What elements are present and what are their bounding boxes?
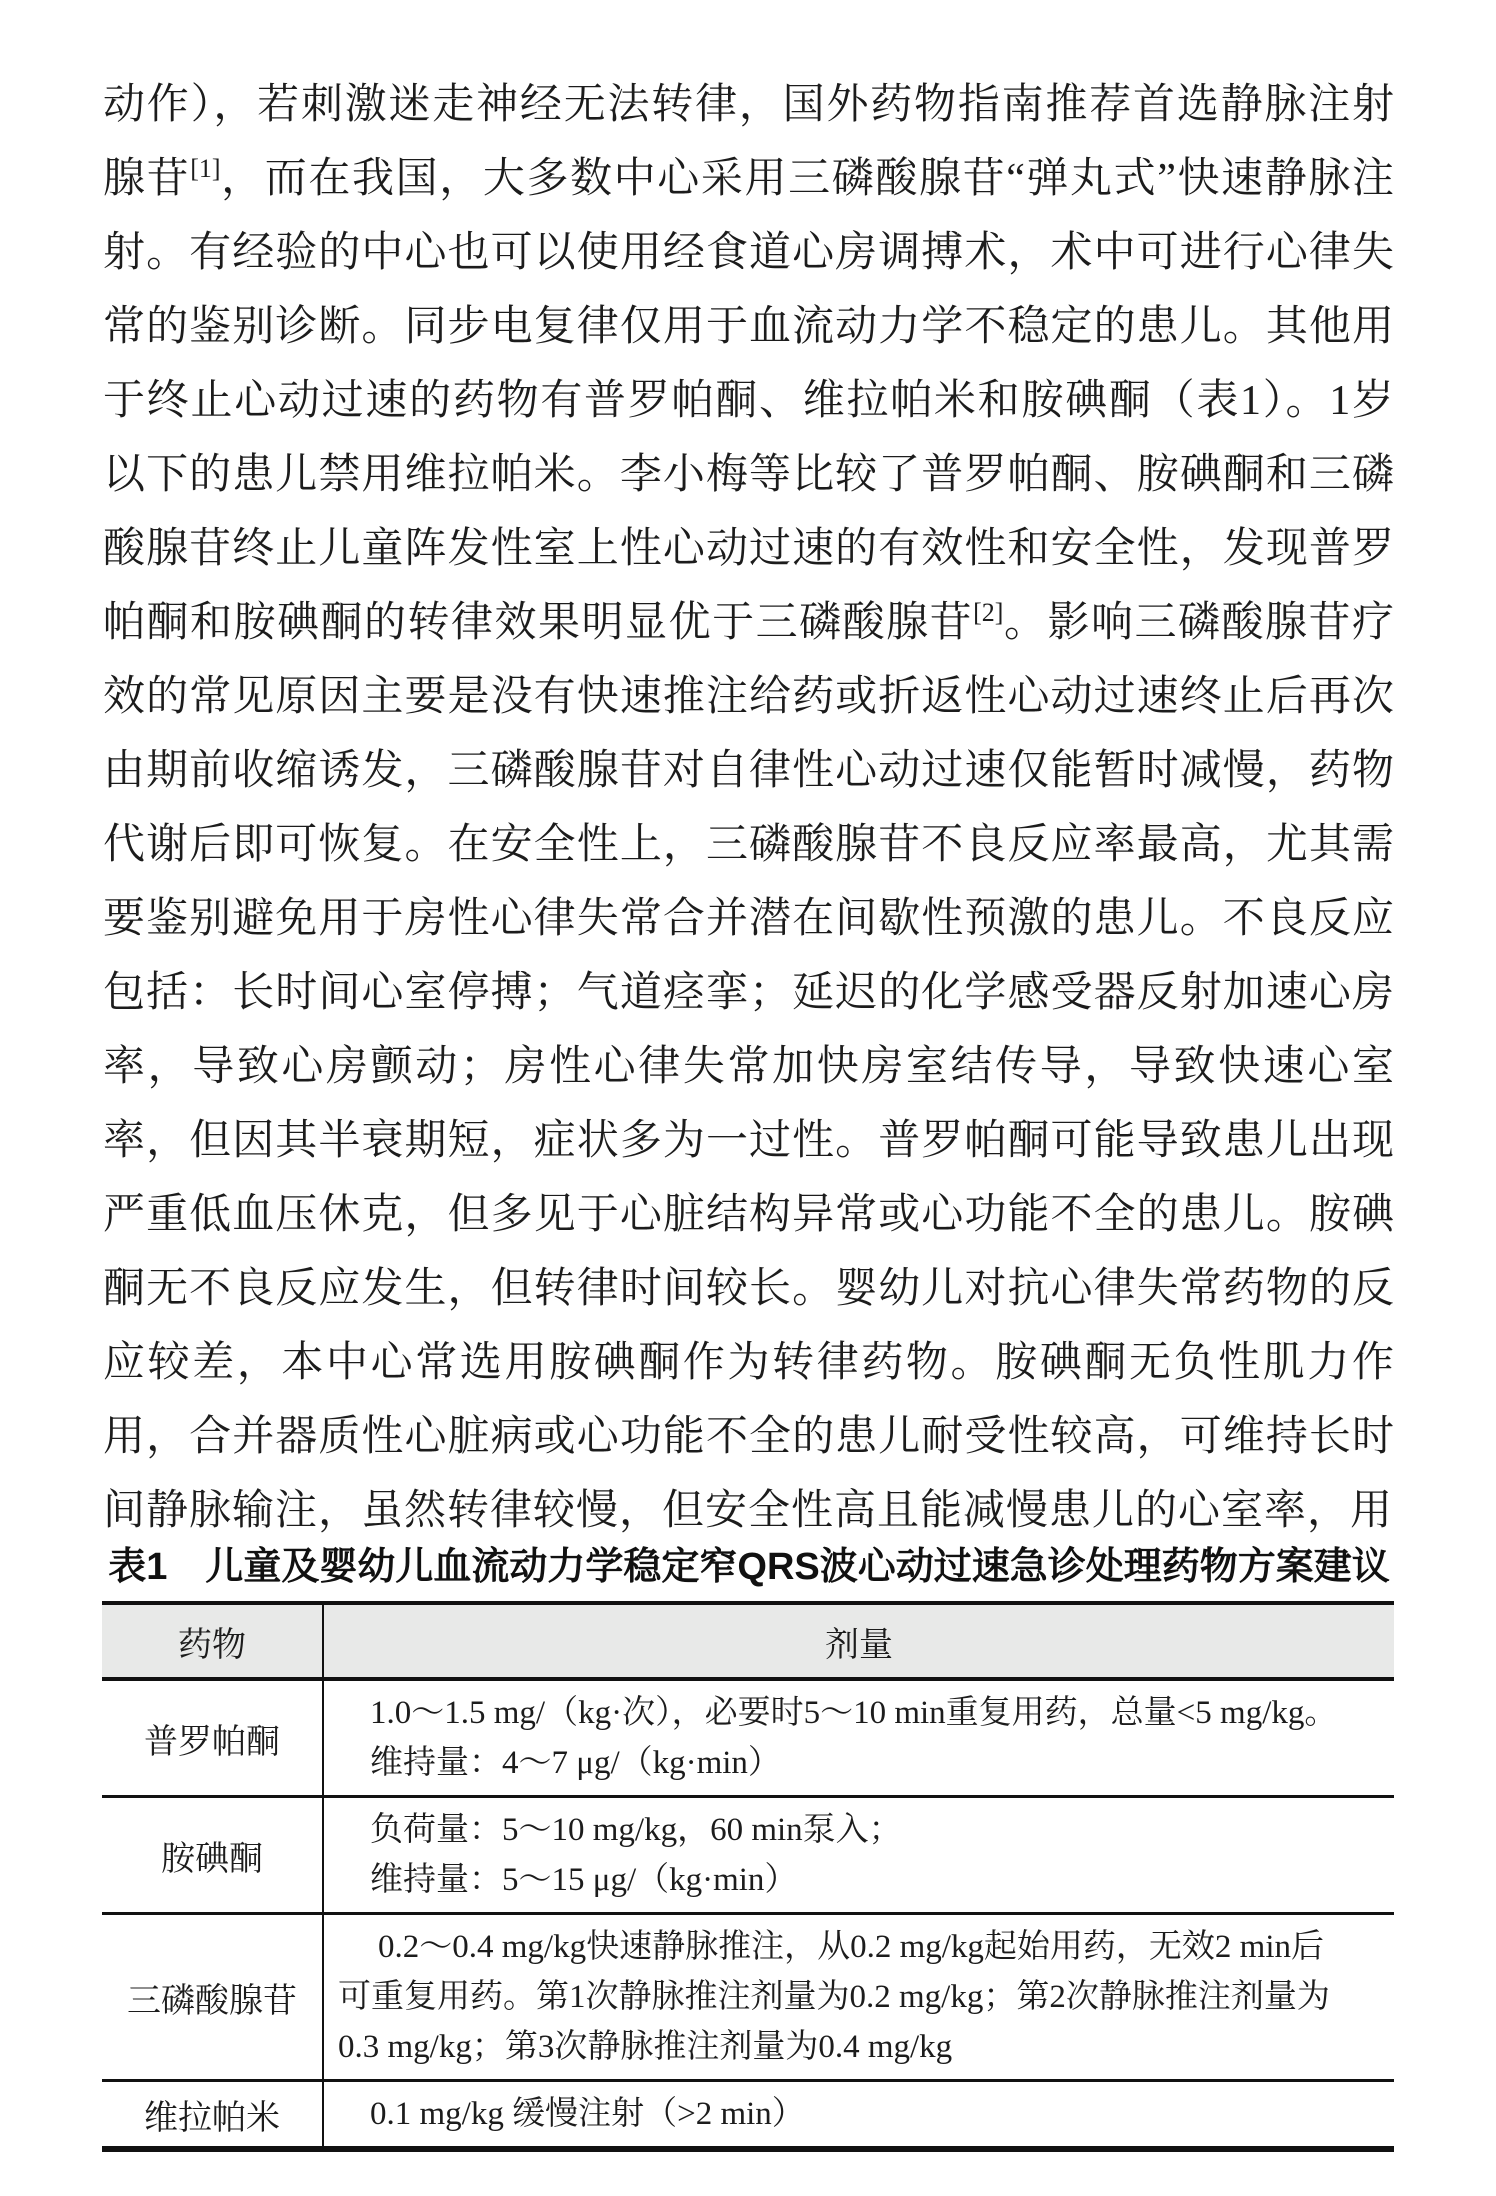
table-row-atp: 三磷酸腺苷 0.2～0.4 mg/kg快速静脉推注，从0.2 mg/kg起始用药… <box>102 1914 1394 2081</box>
dose-cell: 1.0～1.5 mg/（kg·次），必要时5～10 min重复用药，总量<5 m… <box>323 1679 1394 1797</box>
reference-marker-1: [1] <box>190 154 220 183</box>
table-header-row: 药物 剂量 <box>102 1603 1394 1679</box>
paragraph-text-2: ，而在我国，大多数中心采用三磷酸腺苷“弹丸式”快速静脉注射。有经验的中心也可以使… <box>103 156 1395 646</box>
table-header-drug: 药物 <box>102 1603 323 1679</box>
document-page: 动作），若刺激迷走神经无法转律，国外药物指南推荐首选静脉注射腺苷[1]，而在我国… <box>0 0 1496 2196</box>
table-row-propafenone: 普罗帕酮 1.0～1.5 mg/（kg·次），必要时5～10 min重复用药，总… <box>102 1679 1394 1797</box>
dose-cell: 0.2～0.4 mg/kg快速静脉推注，从0.2 mg/kg起始用药，无效2 m… <box>323 1914 1394 2081</box>
table-row-verapamil: 维拉帕米 0.1 mg/kg 缓慢注射（>2 min） <box>102 2081 1394 2150</box>
drug-name-cell: 胺碘酮 <box>102 1797 323 1914</box>
drug-name-cell: 三磷酸腺苷 <box>102 1914 323 2081</box>
drug-name-cell: 普罗帕酮 <box>102 1679 323 1797</box>
body-paragraph: 动作），若刺激迷走神经无法转律，国外药物指南推荐首选静脉注射腺苷[1]，而在我国… <box>103 68 1395 1548</box>
dose-cell: 0.1 mg/kg 缓慢注射（>2 min） <box>323 2081 1394 2150</box>
table-caption: 表1 儿童及婴幼儿血流动力学稳定窄QRS波心动过速急诊处理药物方案建议 <box>103 1543 1395 1591</box>
drug-name-cell: 维拉帕米 <box>102 2081 323 2150</box>
reference-marker-2: [2] <box>973 598 1003 627</box>
dose-cell: 负荷量：5～10 mg/kg，60 min泵入； 维持量：5～15 μg/（kg… <box>323 1797 1394 1914</box>
paragraph-text-3: 。影响三磷酸腺苷疗效的常见原因主要是没有快速推注给药或折返性心动过速终止后再次由… <box>103 600 1395 1534</box>
table-row-amiodarone: 胺碘酮 负荷量：5～10 mg/kg，60 min泵入； 维持量：5～15 μg… <box>102 1797 1394 1914</box>
drug-dosage-table: 药物 剂量 普罗帕酮 1.0～1.5 mg/（kg·次），必要时5～10 min… <box>102 1601 1394 2152</box>
table-header-dose: 剂量 <box>323 1603 1394 1679</box>
